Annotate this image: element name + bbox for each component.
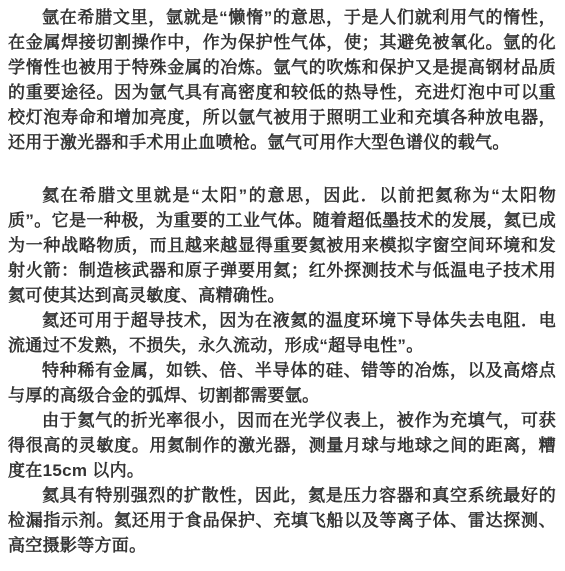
document-page: 氩在希腊文里，氩就是“懒惰”的意思，于是人们就利用气的惰性，在金属焊接切割操作中… bbox=[0, 0, 565, 571]
paragraph-helium-superconductivity: 氦还可用于超导技术，因为在液氦的温度环境下导体失去电阻．电流通过不发熟，不损失，… bbox=[8, 308, 556, 358]
paragraph-rare-metals: 特种稀有金属，如铁、倍、半导体的硅、错等的冶炼，以及高熔点与厚的高级合金的弧焊、… bbox=[8, 358, 556, 408]
paragraph-helium-diffusion: 氦具有特别强烈的扩散性，因此，氦是压力容器和真空系统最好的检漏指示剂。氦还用于食… bbox=[8, 483, 556, 558]
paragraph-helium-optics: 由于氦气的折光率很小，因而在光学仪表上，被作为充填气，可获得很高的灵敏度。用氦制… bbox=[8, 408, 556, 483]
paragraph-argon-intro: 氩在希腊文里，氩就是“懒惰”的意思，于是人们就利用气的惰性，在金属焊接切割操作中… bbox=[8, 5, 556, 155]
paragraph-helium-intro: 氦在希腊文里就是“太阳”的意思，因此．以前把氦称为“太阳物质”。它是一种极，为重… bbox=[8, 183, 556, 308]
